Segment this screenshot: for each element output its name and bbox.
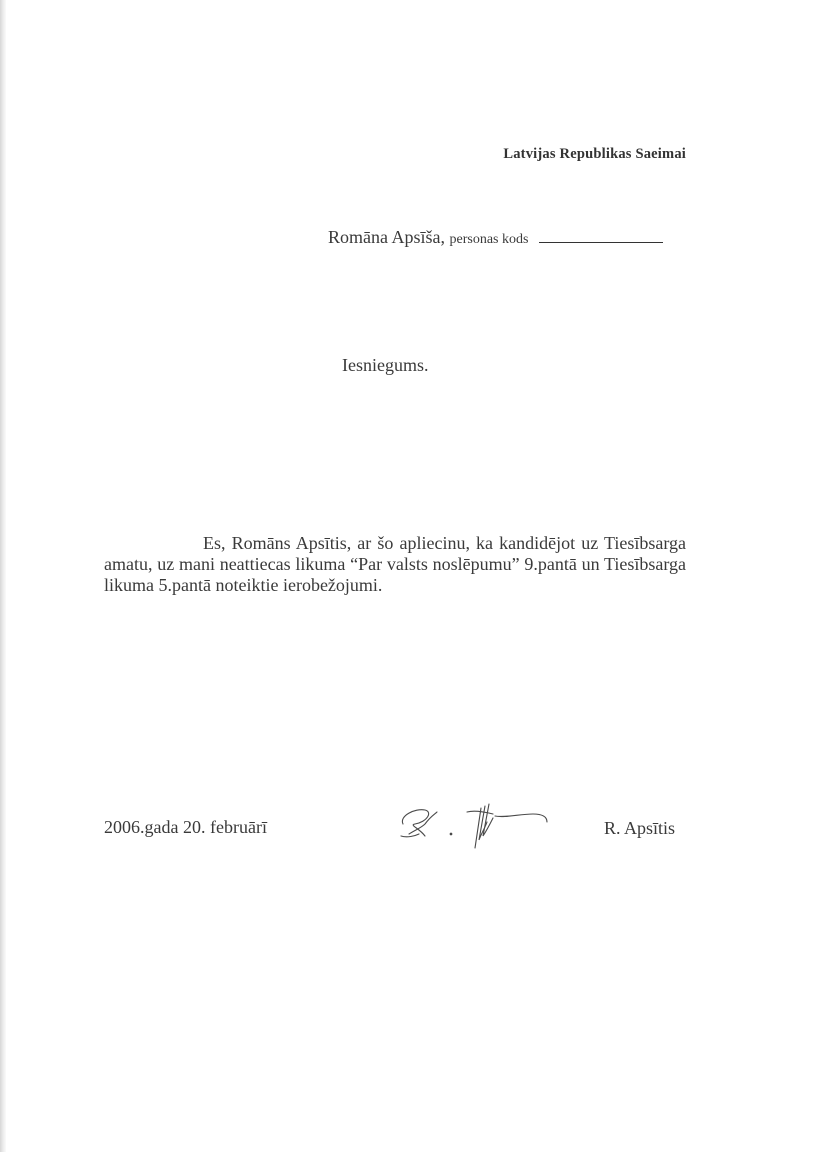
sender-line: Romāna Apsīša, personas kods (328, 227, 663, 248)
personal-code-blank (539, 228, 663, 243)
scan-edge-shadow (0, 0, 6, 1152)
signer-name: R. Apsītis (604, 818, 675, 839)
signature-icon (395, 800, 555, 852)
document-title: Iesniegums. (342, 355, 428, 376)
sender-name: Romāna Apsīša, (328, 227, 445, 247)
personal-code-label: personas kods (450, 232, 529, 247)
recipient-heading: Latvijas Republikas Saeimai (503, 146, 686, 163)
document-date: 2006.gada 20. februārī (104, 817, 267, 838)
statement-body: Es, Romāns Apsītis, ar šo apliecinu, ka … (104, 533, 686, 596)
